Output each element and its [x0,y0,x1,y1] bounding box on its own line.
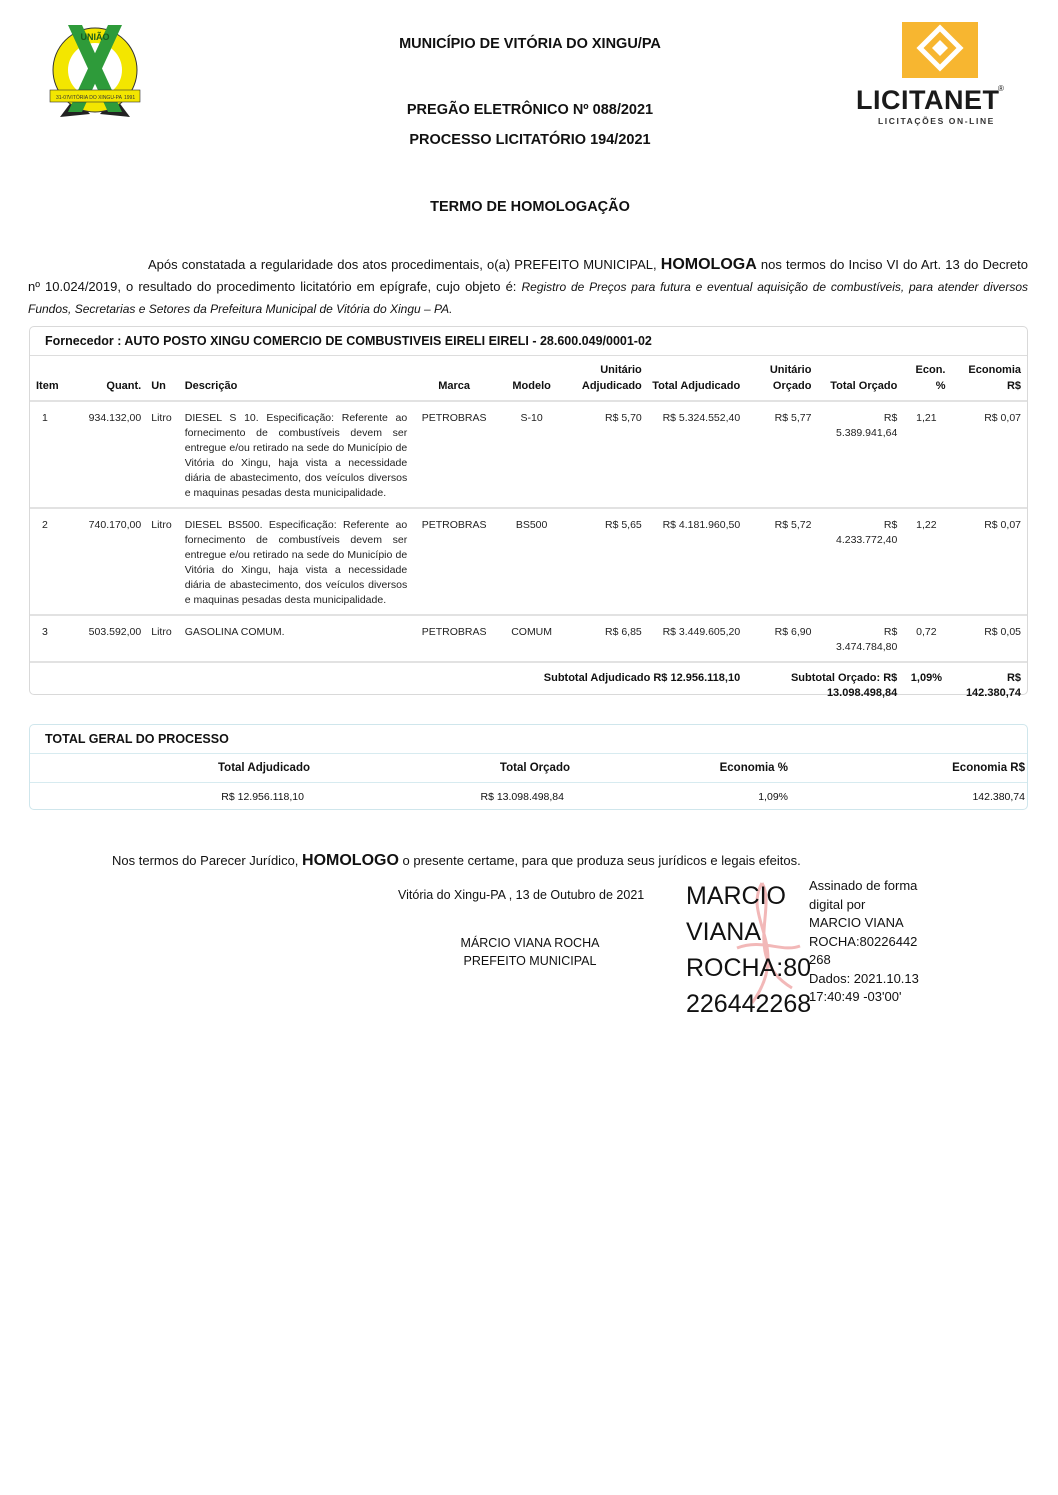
cell-item: 1 [30,401,73,508]
closing-text-1: Nos termos do Parecer Jurídico, [112,853,302,868]
cell-total-orc: R$ 3.474.784,80 [816,615,902,662]
cell-unit-adj: R$ 5,65 [567,508,647,615]
col-un: Un [146,356,180,401]
total-adjudicado-value: R$ 12.956.118,10 [30,783,312,811]
table-row: 1934.132,00LitroDIESEL S 10. Especificaç… [30,401,1027,508]
municipal-crest-icon: UNIÃO VITÓRIA DO XINGU-PA 31-07 1991 [40,22,150,122]
total-geral-card: TOTAL GERAL DO PROCESSO Total Adjudicado… [29,724,1028,810]
economia-pct-header: Economia % [572,754,790,783]
cell-quant: 503.592,00 [73,615,146,662]
cell-unit-orc: R$ 6,90 [745,615,816,662]
subtotal-adjudicado: Subtotal Adjudicado R$ 12.956.118,10 [30,662,745,707]
cell-total-adj: R$ 3.449.605,20 [647,615,745,662]
table-row: 2740.170,00LitroDIESEL BS500. Especifica… [30,508,1027,615]
total-geral-grid: Total Adjudicado Total Orçado Economia %… [30,754,1027,811]
cell-item: 2 [30,508,73,615]
signatory-block: MÁRCIO VIANA ROCHA PREFEITO MUNICIPAL [430,934,630,970]
col-total-adj: Total Adjudicado [647,356,745,401]
col-econ-rs: Economia R$ [950,356,1027,401]
col-descricao: Descrição [180,356,412,401]
intro-paragraph: Após constatada a regularidade dos atos … [28,254,1028,320]
signatory-role: PREFEITO MUNICIPAL [430,952,630,970]
total-orcado-header: Total Orçado [312,754,572,783]
digital-signature-name: MARCIO VIANA ROCHA:80 226442268 [686,878,811,1022]
items-table: Item Quant. Un Descrição Marca Modelo Un… [30,356,1027,707]
pregao-title: PREGÃO ELETRÔNICO Nº 088/2021 [330,102,730,118]
svg-text:VITÓRIA DO XINGU-PA: VITÓRIA DO XINGU-PA [68,94,122,101]
intro-emphasis: HOMOLOGA [661,256,757,273]
total-geral-title: TOTAL GERAL DO PROCESSO [30,725,1027,754]
registered-mark: ® [998,84,1004,93]
col-modelo: Modelo [496,356,567,401]
cell-econ-pct: 1,22 [902,508,950,615]
municipal-crest-logo: UNIÃO VITÓRIA DO XINGU-PA 31-07 1991 [40,22,150,122]
col-econ-pct: Econ. % [902,356,950,401]
supplier-card: Fornecedor : AUTO POSTO XINGU COMERCIO D… [29,326,1028,695]
cell-unit-adj: R$ 6,85 [567,615,647,662]
subtotal-row: Subtotal Adjudicado R$ 12.956.118,10Subt… [30,662,1027,707]
licitanet-logo: LICITANET ® LICITAÇÕES ON-LINE [852,22,1022,130]
cell-modelo: S-10 [496,401,567,508]
licitanet-wordmark: LICITANET [856,85,999,116]
cell-modelo: COMUM [496,615,567,662]
svg-text:1991: 1991 [124,95,135,101]
cell-unit-orc: R$ 5,72 [745,508,816,615]
closing-paragraph: Nos termos do Parecer Jurídico, HOMOLOGO… [112,852,801,870]
cell-marca: PETROBRAS [412,508,496,615]
cell-quant: 934.132,00 [73,401,146,508]
svg-text:UNIÃO: UNIÃO [81,32,110,42]
table-row: 3503.592,00LitroGASOLINA COMUM.PETROBRAS… [30,615,1027,662]
cell-econ-rs: R$ 0,05 [950,615,1027,662]
cell-econ-rs: R$ 0,07 [950,508,1027,615]
document-title: TERMO DE HOMOLOGAÇÃO [330,199,730,215]
cell-econ-pct: 0,72 [902,615,950,662]
cell-descricao: DIESEL BS500. Especificação: Referente a… [180,508,412,615]
cell-unit-orc: R$ 5,77 [745,401,816,508]
cell-unit-adj: R$ 5,70 [567,401,647,508]
cell-quant: 740.170,00 [73,508,146,615]
place-date: Vitória do Xingu-PA , 13 de Outubro de 2… [398,888,644,902]
intro-text-1: Após constatada a regularidade dos atos … [148,257,661,272]
total-adjudicado-header: Total Adjudicado [30,754,312,783]
cell-econ-pct: 1,21 [902,401,950,508]
economia-rs-value: 142.380,74 [790,783,1027,811]
cell-marca: PETROBRAS [412,401,496,508]
signatory-name: MÁRCIO VIANA ROCHA [430,934,630,952]
licitanet-logo-icon [902,22,978,78]
closing-text-2: o presente certame, para que produza seu… [399,853,801,868]
cell-total-orc: R$ 4.233.772,40 [816,508,902,615]
cell-un: Litro [146,401,180,508]
municipality-title: MUNICÍPIO DE VITÓRIA DO XINGU/PA [330,36,730,52]
cell-item: 3 [30,615,73,662]
subtotal-econ-rs: R$ 142.380,74 [950,662,1027,707]
digital-signature-details: Assinado de forma digital por MARCIO VIA… [809,877,919,1007]
total-orcado-value: R$ 13.098.498,84 [312,783,572,811]
subtotal-orcado: Subtotal Orçado: R$ 13.098.498,84 [745,662,902,707]
col-item: Item [30,356,73,401]
col-marca: Marca [412,356,496,401]
svg-text:31-07: 31-07 [56,95,69,101]
col-unit-orc: Unitário Orçado [745,356,816,401]
subtotal-econ-pct: 1,09% [902,662,950,707]
col-total-orc: Total Orçado [816,356,902,401]
cell-un: Litro [146,615,180,662]
cell-modelo: BS500 [496,508,567,615]
economia-pct-value: 1,09% [572,783,790,811]
cell-marca: PETROBRAS [412,615,496,662]
cell-total-adj: R$ 4.181.960,50 [647,508,745,615]
cell-total-orc: R$ 5.389.941,64 [816,401,902,508]
cell-descricao: GASOLINA COMUM. [180,615,412,662]
processo-title: PROCESSO LICITATÓRIO 194/2021 [330,132,730,148]
economia-rs-header: Economia R$ [790,754,1027,783]
col-quant: Quant. [73,356,146,401]
cell-descricao: DIESEL S 10. Especificação: Referente ao… [180,401,412,508]
closing-emphasis: HOMOLOGO [302,852,399,869]
table-header-row: Item Quant. Un Descrição Marca Modelo Un… [30,356,1027,401]
cell-total-adj: R$ 5.324.552,40 [647,401,745,508]
cell-econ-rs: R$ 0,07 [950,401,1027,508]
cell-un: Litro [146,508,180,615]
supplier-title: Fornecedor : AUTO POSTO XINGU COMERCIO D… [30,327,1027,356]
col-unit-adj: Unitário Adjudicado [567,356,647,401]
licitanet-tagline: LICITAÇÕES ON-LINE [878,116,995,126]
